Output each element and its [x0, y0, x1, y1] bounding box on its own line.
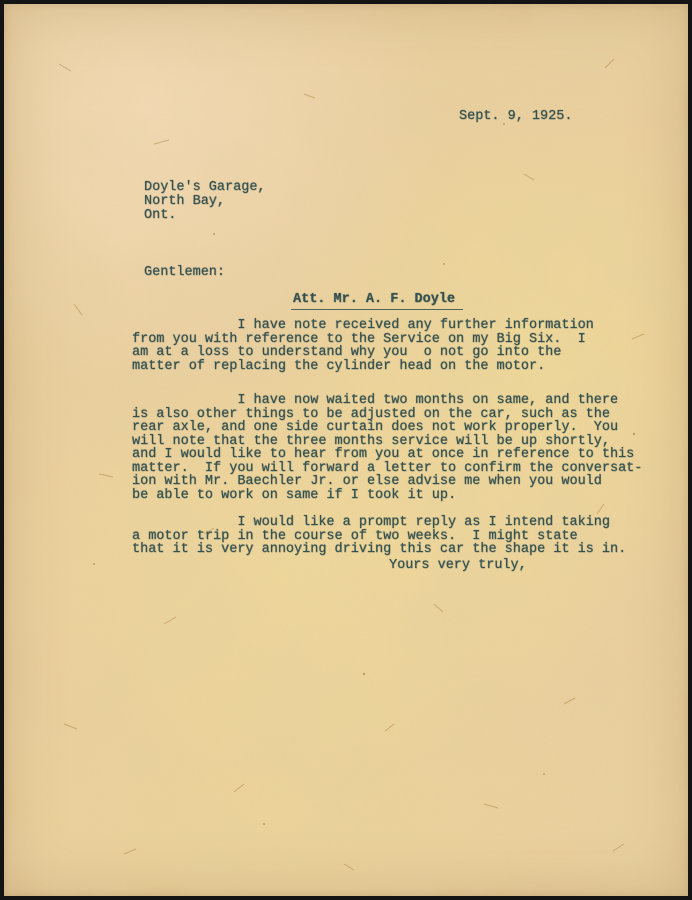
complimentary-closing: Yours very truly, — [389, 559, 527, 573]
scanned-letter-page: { "letter": { "date": "Sept. 9, 1925.", … — [0, 0, 692, 900]
body-paragraph-3: I would like a prompt reply as I intend … — [132, 516, 626, 557]
aged-paper-sheet: Sept. 9, 1925. Doyle's Garage, North Bay… — [4, 4, 688, 896]
salutation: Gentlemen: — [144, 266, 225, 280]
attention-line: Att. Mr. A. F. Doyle — [291, 293, 463, 310]
recipient-address: Doyle's Garage, North Bay, Ont. — [144, 181, 266, 223]
body-paragraph-2: I have now waited two months on same, an… — [132, 394, 642, 502]
letter-date: Sept. 9, 1925. — [459, 110, 572, 124]
body-paragraph-1: I have note received any further informa… — [132, 319, 594, 373]
